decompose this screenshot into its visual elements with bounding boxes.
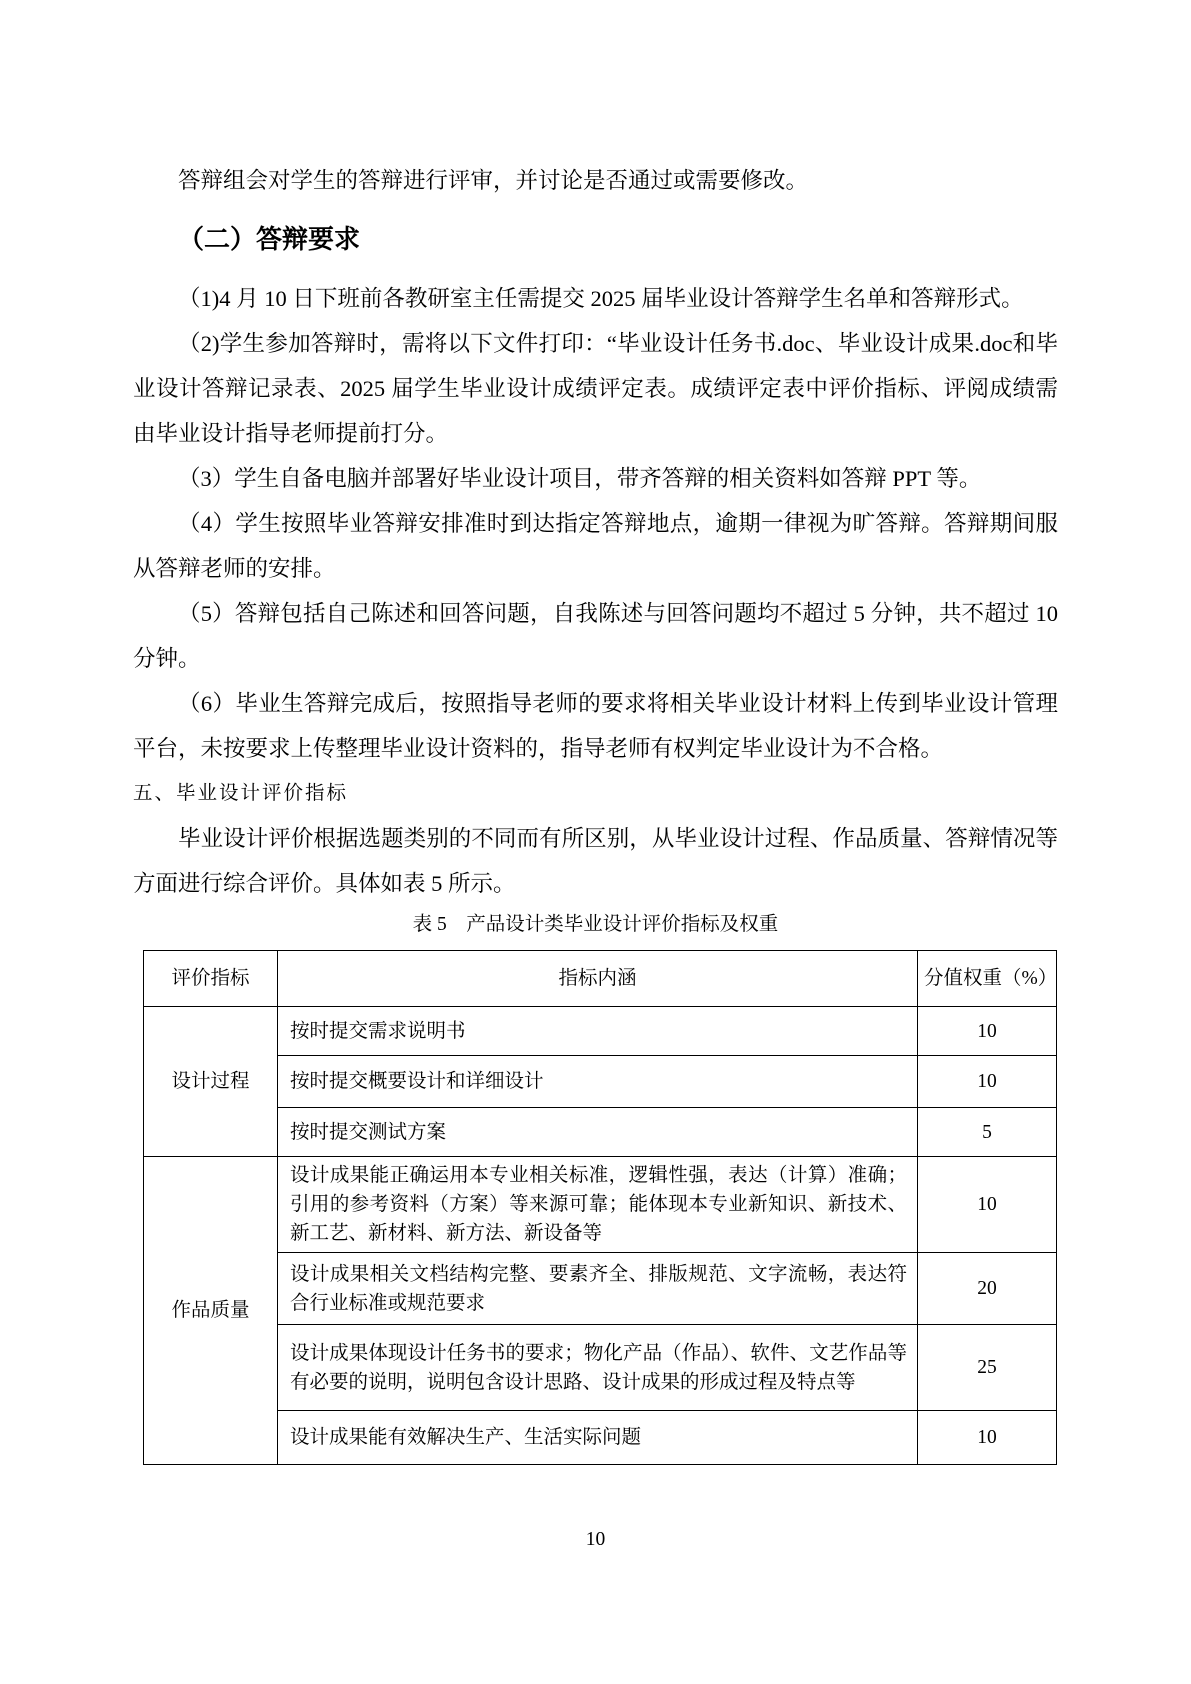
criteria-desc: 设计成果能有效解决生产、生活实际问题 <box>278 1411 918 1465</box>
table-row: 设计成果相关文档结构完整、要素齐全、排版规范、文字流畅，表达符合行业标准或规范要… <box>144 1253 1057 1325</box>
requirement-item-3: （3）学生自备电脑并部署好毕业设计项目，带齐答辩的相关资料如答辩 PPT 等。 <box>133 456 1058 501</box>
table-row: 设计过程 按时提交需求说明书 10 <box>144 1007 1057 1056</box>
criteria-weight: 20 <box>918 1253 1057 1325</box>
requirement-item-4: （4）学生按照毕业答辩安排准时到达指定答辩地点，逾期一律视为旷答辩。答辩期间服从… <box>133 501 1058 591</box>
criteria-weight: 10 <box>918 1056 1057 1108</box>
table-row: 设计成果体现设计任务书的要求；物化产品（作品）、软件、文艺作品等有必要的说明，说… <box>144 1325 1057 1411</box>
group-label-work-quality: 作品质量 <box>144 1157 278 1465</box>
criteria-desc: 按时提交需求说明书 <box>278 1007 918 1056</box>
evaluation-intro-paragraph: 毕业设计评价根据选题类别的不同而有所区别，从毕业设计过程、作品质量、答辩情况等方… <box>133 816 1058 906</box>
criteria-weight: 5 <box>918 1108 1057 1157</box>
requirement-item-6: （6）毕业生答辩完成后，按照指导老师的要求将相关毕业设计材料上传到毕业设计管理平… <box>133 681 1058 771</box>
document-page: 答辩组会对学生的答辩进行评审，并讨论是否通过或需要修改。 （二）答辩要求 （1)… <box>0 0 1191 1684</box>
requirement-item-1: （1)4 月 10 日下班前各教研室主任需提交 2025 届毕业设计答辩学生名单… <box>133 276 1058 321</box>
page-content: 答辩组会对学生的答辩进行评审，并讨论是否通过或需要修改。 （二）答辩要求 （1)… <box>133 158 1058 1465</box>
criteria-weight: 10 <box>918 1411 1057 1465</box>
intro-paragraph: 答辩组会对学生的答辩进行评审，并讨论是否通过或需要修改。 <box>133 158 1058 203</box>
table-header-row: 评价指标 指标内涵 分值权重（%） <box>144 951 1057 1007</box>
header-cell-criteria: 评价指标 <box>144 951 278 1007</box>
criteria-desc: 设计成果体现设计任务书的要求；物化产品（作品）、软件、文艺作品等有必要的说明，说… <box>278 1325 918 1411</box>
header-cell-content: 指标内涵 <box>278 951 918 1007</box>
criteria-desc: 按时提交概要设计和详细设计 <box>278 1056 918 1108</box>
table-row: 按时提交概要设计和详细设计 10 <box>144 1056 1057 1108</box>
requirement-item-2: （2)学生参加答辩时，需将以下文件打印：“毕业设计任务书.doc、毕业设计成果.… <box>133 321 1058 456</box>
page-number: 10 <box>0 1528 1191 1552</box>
section-heading-defense-requirements: （二）答辩要求 <box>133 216 1058 262</box>
requirement-item-5: （5）答辩包括自己陈述和回答问题，自我陈述与回答问题均不超过 5 分钟，共不超过… <box>133 591 1058 681</box>
criteria-desc: 设计成果能正确运用本专业相关标准，逻辑性强，表达（计算）准确；引用的参考资料（方… <box>278 1157 918 1253</box>
evaluation-criteria-table: 评价指标 指标内涵 分值权重（%） 设计过程 按时提交需求说明书 10 按时提交… <box>143 950 1057 1465</box>
criteria-desc: 设计成果相关文档结构完整、要素齐全、排版规范、文字流畅，表达符合行业标准或规范要… <box>278 1253 918 1325</box>
criteria-weight: 25 <box>918 1325 1057 1411</box>
criteria-weight: 10 <box>918 1007 1057 1056</box>
criteria-weight: 10 <box>918 1157 1057 1253</box>
table-row: 按时提交测试方案 5 <box>144 1108 1057 1157</box>
table-row: 设计成果能有效解决生产、生活实际问题 10 <box>144 1411 1057 1465</box>
table-caption: 表 5 产品设计类毕业设计评价指标及权重 <box>133 910 1058 940</box>
criteria-desc: 按时提交测试方案 <box>278 1108 918 1157</box>
group-label-design-process: 设计过程 <box>144 1007 278 1157</box>
header-cell-weight: 分值权重（%） <box>918 951 1057 1007</box>
table-row: 作品质量 设计成果能正确运用本专业相关标准，逻辑性强，表达（计算）准确；引用的参… <box>144 1157 1057 1253</box>
section-heading-evaluation-criteria: 五、毕业设计评价指标 <box>133 771 1058 816</box>
